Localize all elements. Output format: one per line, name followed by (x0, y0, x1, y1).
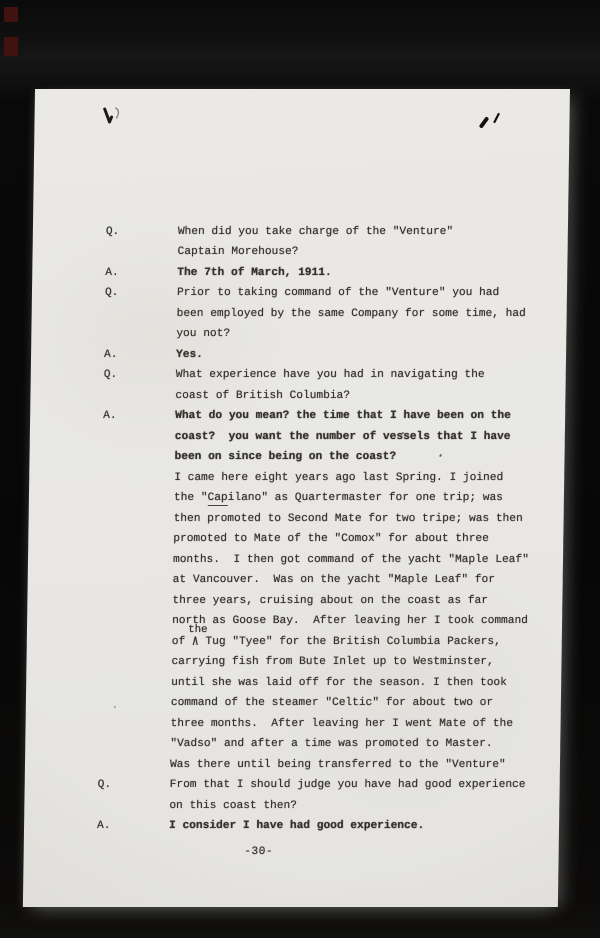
qa-marker (26, 652, 171, 673)
line-text: "Vadso" and after a time was promoted to… (170, 734, 493, 755)
qa-marker (32, 242, 177, 263)
transcript-line: Q.When did you take charge of the "Ventu… (33, 222, 568, 243)
line-text: Prior to taking command of the "Venture"… (177, 283, 500, 304)
transcript-line: coast? you want the number of vessels th… (30, 427, 565, 448)
qa-marker (25, 734, 170, 755)
transcript-line: A.What do you mean? the time that I have… (30, 406, 565, 427)
line-text: Captain Morehouse? (177, 242, 298, 263)
microfilm-frame: Q.When did you take charge of the "Ventu… (0, 0, 600, 938)
qa-marker (28, 570, 173, 591)
qa-marker: Q. (32, 283, 177, 304)
transcript-line: north as Goose Bay. After leaving her I … (27, 611, 562, 632)
qa-marker (26, 673, 171, 694)
line-text: until she was laid off for the season. I… (171, 673, 507, 694)
line-text: on this coast then? (169, 796, 297, 817)
line-text: promoted to Mate of the "Comox" for abou… (173, 529, 489, 550)
dust-speck (402, 432, 404, 434)
line-text: the "Capilano" as Quartermaster for one … (174, 488, 503, 509)
qa-marker (27, 591, 172, 612)
page-number: -30- (24, 846, 494, 858)
transcript-line: "Vadso" and after a time was promoted to… (25, 734, 560, 755)
transcript-line: carrying fish from Bute Inlet up to West… (26, 652, 561, 673)
line-text: then promoted to Second Mate for two tri… (173, 509, 522, 530)
line-text: coast of British Columbia? (175, 386, 350, 407)
qa-marker (28, 550, 173, 571)
qa-marker (31, 324, 176, 345)
qa-marker: Q. (31, 365, 176, 386)
qa-marker (27, 611, 172, 632)
transcript-line: the "Capilano" as Quartermaster for one … (29, 488, 564, 509)
handwritten-check-mark (100, 106, 128, 134)
line-text: at Vancouver. Was on the yacht "Maple Le… (173, 570, 496, 591)
qa-marker: A. (30, 406, 175, 427)
line-text: The 7th of March, 1911. (177, 263, 332, 284)
qa-marker: Q. (25, 775, 170, 796)
transcript-line: of ∧the Tug "Tyee" for the British Colum… (27, 632, 562, 653)
transcript-line: Q.What experience have you had in naviga… (31, 365, 566, 386)
transcript-line: I came here eight years ago last Spring.… (29, 468, 564, 489)
line-text: of ∧the Tug "Tyee" for the British Colum… (172, 632, 501, 653)
line-text: north as Goose Bay. After leaving her I … (172, 611, 528, 632)
transcript-line: then promoted to Second Mate for two tri… (28, 509, 563, 530)
line-text: I consider I have had good experience. (169, 816, 424, 837)
qa-marker (30, 427, 175, 448)
qa-marker (30, 386, 175, 407)
qa-marker: A. (24, 816, 169, 837)
line-text: been employed by the same Company for so… (177, 304, 526, 325)
line-text: When did you take charge of the "Venture… (178, 222, 454, 243)
transcript-line: promoted to Mate of the "Comox" for abou… (28, 529, 563, 550)
transcript-line: Q.From that I should judge you have had … (25, 775, 560, 796)
line-text: From that I should judge you have had go… (170, 775, 526, 796)
qa-marker (29, 468, 174, 489)
transcript-line: A.The 7th of March, 1911. (32, 263, 567, 284)
underlined-fragment: Cap (207, 492, 227, 506)
transcript-line: Q.Prior to taking command of the "Ventur… (32, 283, 567, 304)
line-text: Was there until being transferred to the… (170, 755, 506, 776)
dust-speck (114, 706, 116, 708)
transcript-line: A.I consider I have had good experience. (24, 816, 559, 837)
transcript-line: A.Yes. (31, 345, 566, 366)
qa-marker (25, 714, 170, 735)
transcript-line: until she was laid off for the season. I… (26, 673, 561, 694)
line-text: What do you mean? the time that I have b… (175, 406, 511, 427)
transcript-line: command of the steamer "Celtic" for abou… (26, 693, 561, 714)
qa-marker: A. (32, 263, 177, 284)
line-text: I came here eight years ago last Spring.… (174, 468, 503, 489)
transcript-line: months. I then got command of the yacht … (28, 550, 563, 571)
transcript-line: on this coast then? (24, 796, 559, 817)
qa-marker: A. (31, 345, 176, 366)
transcript-line: three months. After leaving her I went M… (25, 714, 560, 735)
qa-marker (29, 447, 174, 468)
qa-marker: Q. (33, 222, 178, 243)
transcript-line: three years, cruising about on the coast… (27, 591, 562, 612)
qa-marker (28, 509, 173, 530)
transcript-line: been on since being on the coast? (29, 447, 564, 468)
qa-marker (27, 632, 172, 653)
line-text: coast? you want the number of vessels th… (175, 427, 511, 448)
line-text: Yes. (176, 345, 203, 366)
qa-marker (24, 796, 169, 817)
inserted-word: the (188, 625, 208, 635)
line-text: three months. After leaving her I went M… (170, 714, 513, 735)
transcript-line: Was there until being transferred to the… (25, 755, 560, 776)
handwritten-tick-marks (477, 112, 503, 132)
qa-transcript: Q.When did you take charge of the "Ventu… (24, 222, 568, 837)
line-text: three years, cruising about on the coast… (172, 591, 488, 612)
film-edge-tab (4, 7, 18, 22)
line-text: carrying fish from Bute Inlet up to West… (171, 652, 494, 673)
transcript-line: at Vancouver. Was on the yacht "Maple Le… (28, 570, 563, 591)
qa-marker (29, 488, 174, 509)
document-page: Q.When did you take charge of the "Ventu… (23, 89, 570, 907)
qa-marker (28, 529, 173, 550)
transcript-line: been employed by the same Company for so… (32, 304, 567, 325)
line-text: you not? (176, 324, 230, 345)
line-text: been on since being on the coast? (174, 447, 396, 468)
line-text: What experience have you had in navigati… (176, 365, 485, 386)
transcript-line: Captain Morehouse? (32, 242, 567, 263)
line-text: months. I then got command of the yacht … (173, 550, 529, 571)
qa-marker (25, 755, 170, 776)
qa-marker (32, 304, 177, 325)
qa-marker (26, 693, 171, 714)
film-edge-tab (4, 37, 18, 56)
transcript-line: coast of British Columbia? (30, 386, 565, 407)
insertion-caret: ∧the (192, 636, 199, 648)
transcript-line: you not? (31, 324, 566, 345)
line-text: command of the steamer "Celtic" for abou… (171, 693, 494, 714)
